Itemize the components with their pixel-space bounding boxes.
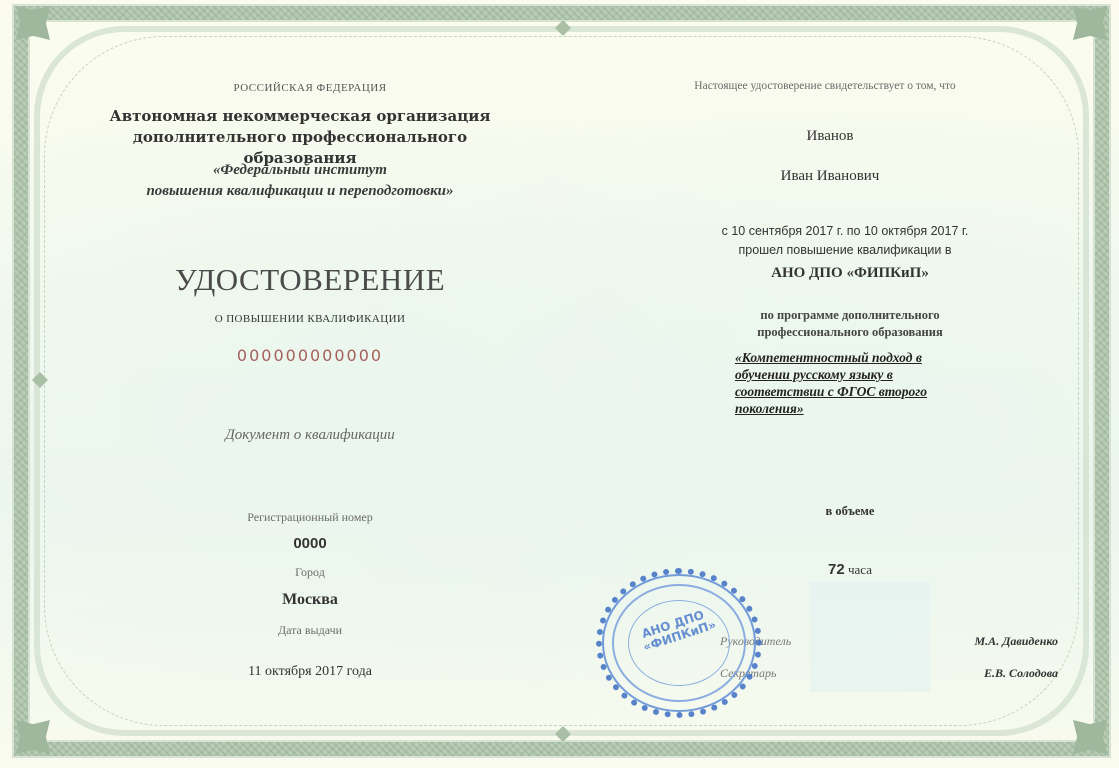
- registration-number: 0000: [150, 535, 470, 552]
- document-title: УДОСТОВЕРЕНИЕ: [120, 262, 500, 298]
- organization-short-name: АНО ДПО «ФИПКиП»: [700, 265, 1000, 282]
- institute-line: «Федеральный институт: [80, 160, 520, 181]
- program-intro-line: по программе дополнительного: [700, 307, 1000, 324]
- program-name: «Компетентностный подход в обучении русс…: [735, 349, 975, 417]
- program-intro-line: профессионального образования: [700, 324, 1000, 341]
- document-type: Документ о квалификации: [150, 427, 470, 444]
- volume-label: в объеме: [760, 504, 940, 519]
- program-intro: по программе дополнительного профессиона…: [700, 307, 1000, 341]
- city-label: Город: [150, 565, 470, 580]
- holder-given-names: Иван Иванович: [720, 168, 940, 185]
- institute-name: «Федеральный институт повышения квалифик…: [80, 160, 520, 202]
- training-period: с 10 сентября 2017 г. по 10 октября 2017…: [660, 222, 1030, 260]
- period-text: прошел повышение квалификации в: [660, 241, 1030, 260]
- city-value: Москва: [150, 591, 470, 609]
- volume-hours: 72: [828, 561, 845, 578]
- signatory-name: М.А. Давиденко: [898, 634, 1058, 649]
- certificate-intro: Настоящее удостоверение свидетельствует …: [620, 80, 1030, 92]
- registration-label: Регистрационный номер: [150, 510, 470, 525]
- volume-value: 72 часа: [760, 561, 940, 578]
- period-dates: с 10 сентября 2017 г. по 10 октября 2017…: [660, 222, 1030, 241]
- institute-line: повышения квалификации и переподготовки»: [80, 181, 520, 202]
- serial-number: 000000000000: [160, 346, 460, 365]
- volume-unit: часа: [848, 562, 872, 577]
- signatory-name: Е.В. Солодова: [898, 666, 1058, 681]
- official-stamp-icon: АНО ДПО «ФИПКиП»: [596, 568, 762, 718]
- organization-line: Автономная некоммерческая организация: [80, 106, 520, 127]
- issue-date: 11 октября 2017 года: [150, 664, 470, 680]
- issue-date-label: Дата выдачи: [150, 623, 470, 638]
- corner-ornament-icon: [16, 6, 50, 40]
- corner-ornament-icon: [1073, 720, 1107, 754]
- country-label: РОССИЙСКАЯ ФЕДЕРАЦИЯ: [150, 82, 470, 94]
- holder-surname: Иванов: [720, 128, 940, 145]
- document-subtitle: О ПОВЫШЕНИИ КВАЛИФИКАЦИИ: [140, 313, 480, 325]
- corner-ornament-icon: [1073, 6, 1107, 40]
- corner-ornament-icon: [16, 720, 50, 754]
